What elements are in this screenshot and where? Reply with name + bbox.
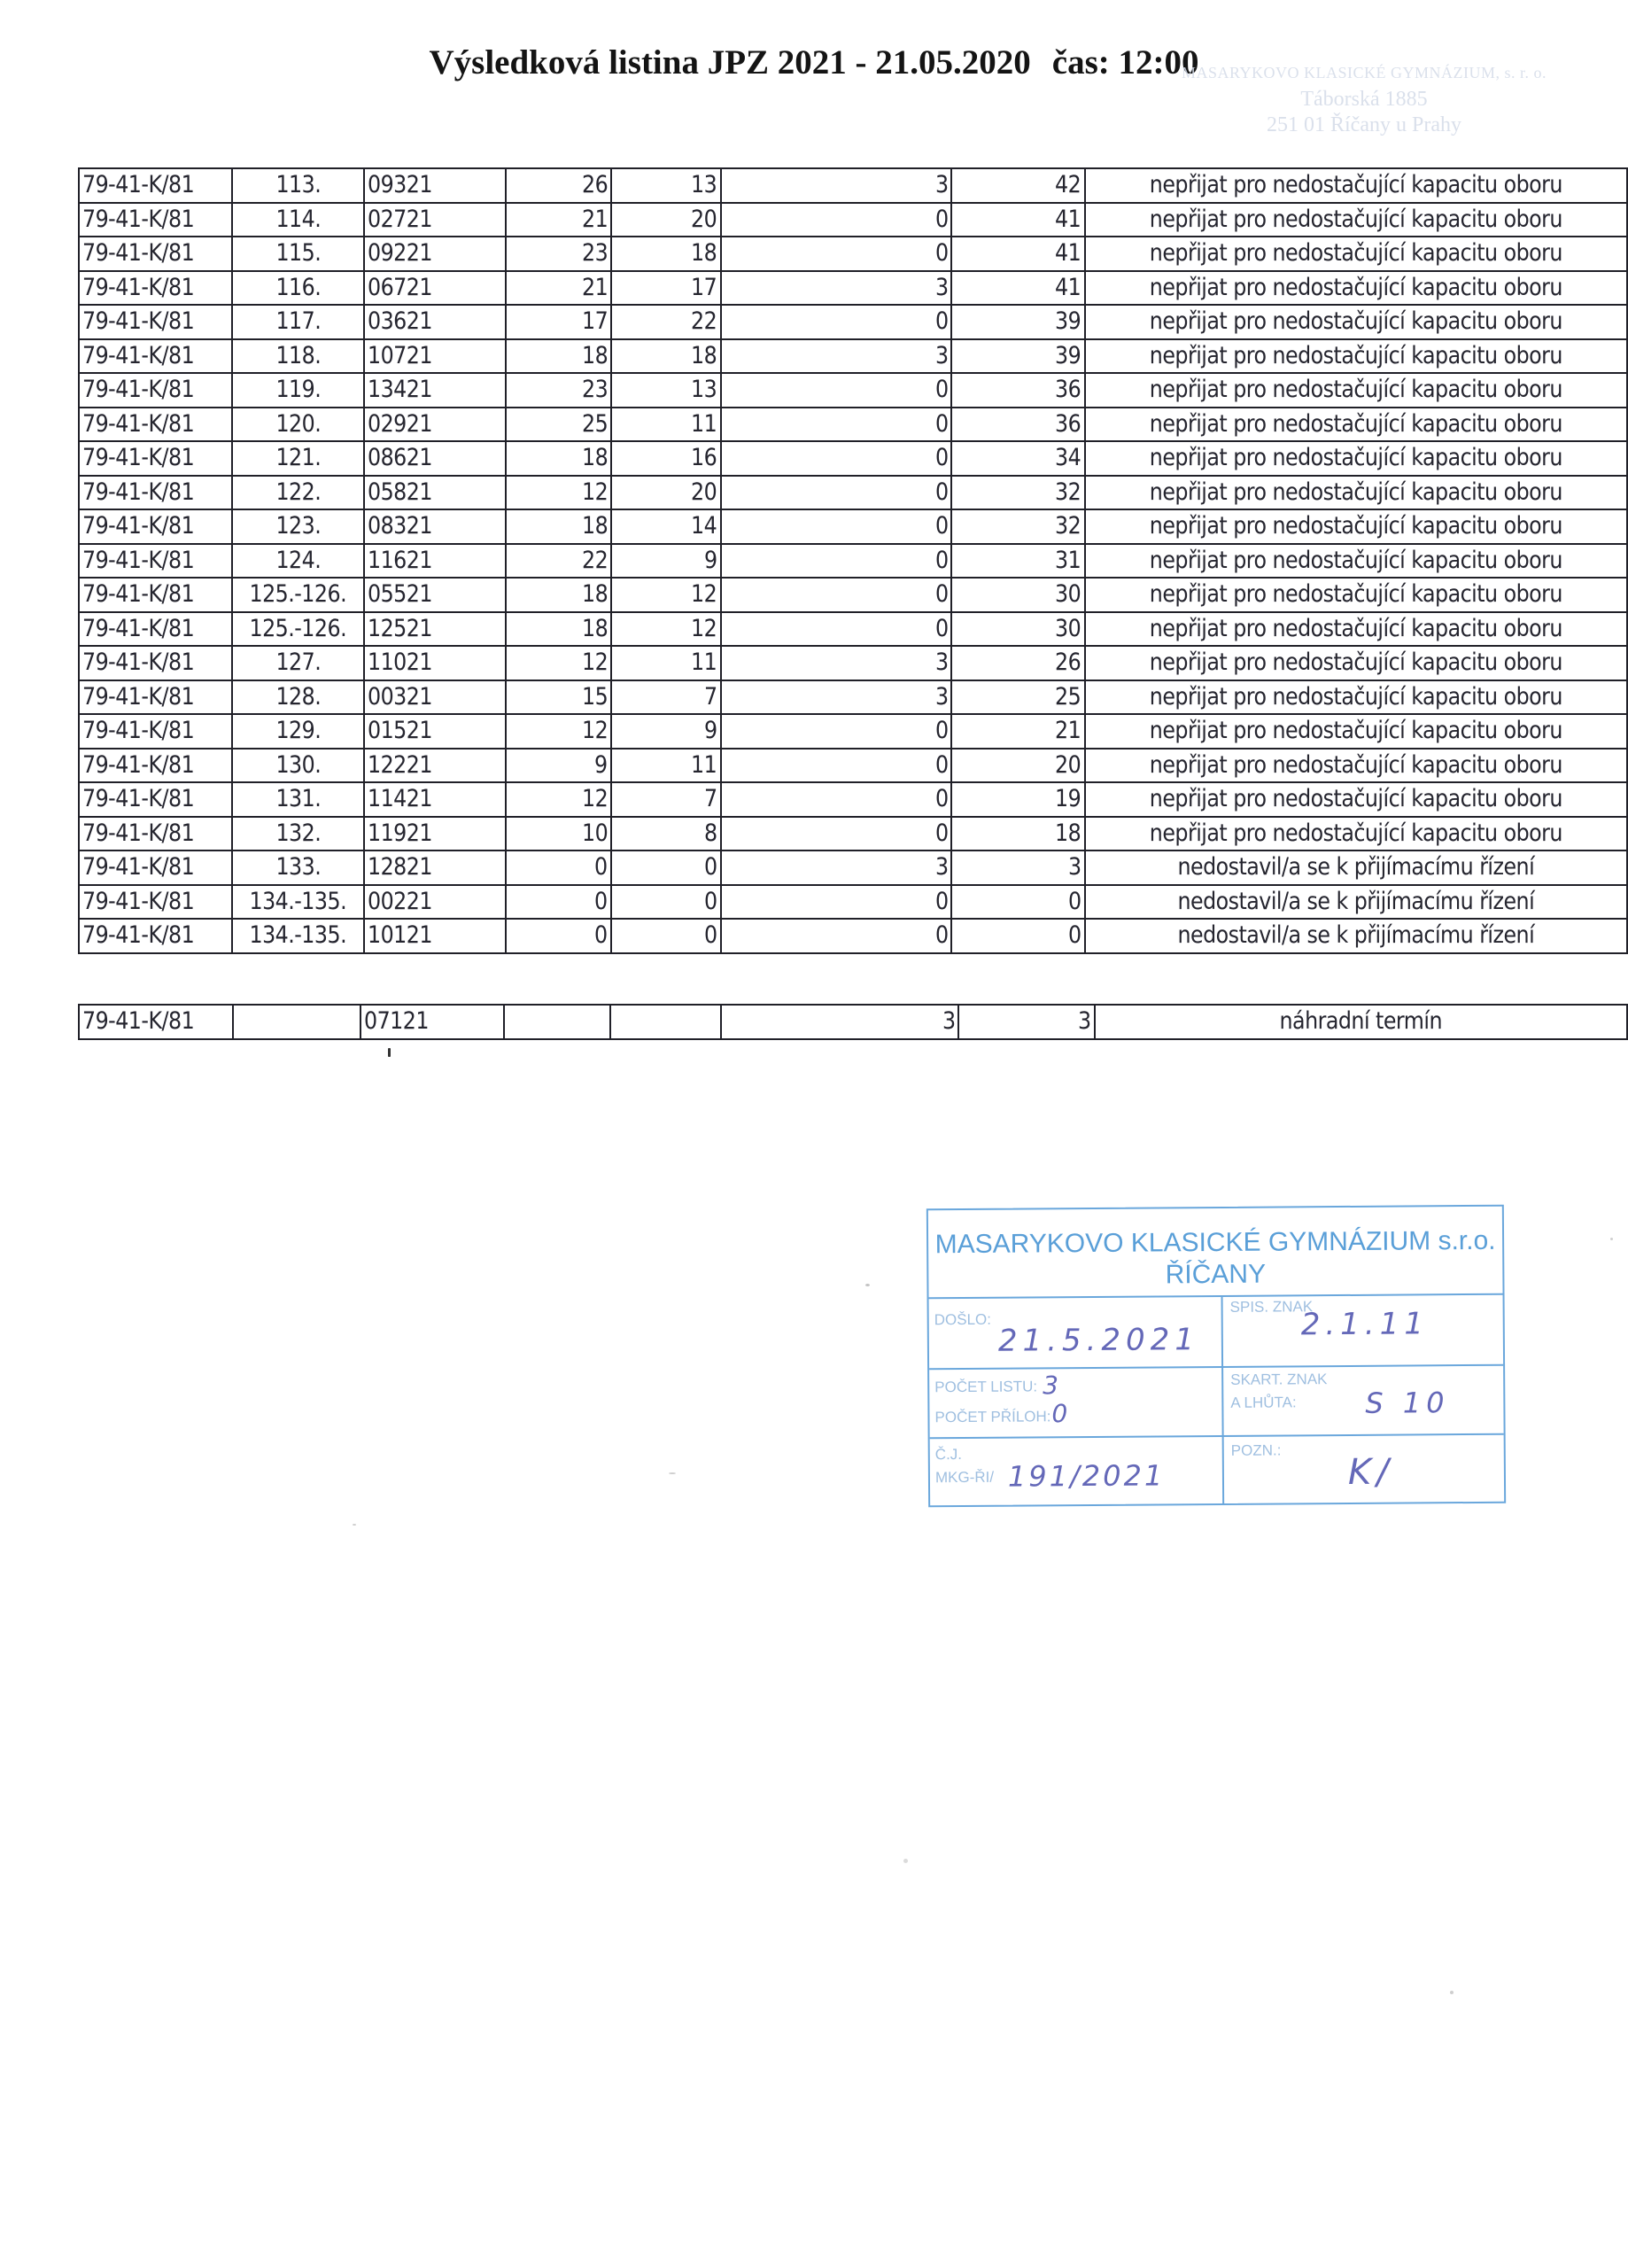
bonus-points-cell-text: 3: [935, 170, 949, 200]
bonus-points-cell-text: 0: [935, 716, 949, 746]
total-score-cell-text: 26: [1055, 648, 1081, 678]
bonus-points-cell-text: 0: [935, 307, 949, 337]
skart-value: S 10: [1365, 1386, 1449, 1420]
applicant-code-cell-text: 03621: [368, 307, 432, 337]
table-row: 79-41-K/81134.-135.002210000nedostavil/a…: [79, 885, 1627, 920]
result-cell: nepřijat pro nedostačující kapacitu obor…: [1085, 237, 1627, 271]
bonus-points-cell: 0: [721, 782, 952, 817]
bonus-points-cell: 0: [721, 885, 952, 920]
result-cell-text: nepřijat pro nedostačující kapacitu obor…: [1150, 478, 1562, 508]
rank-cell: 134.-135.: [232, 919, 364, 953]
total-score-cell-text: 36: [1055, 409, 1081, 439]
math-score-cell: 18: [506, 441, 611, 476]
registry-stamp: MASARYKOVO KLASICKÉ GYMNÁZIUM s.r.o. ŘÍČ…: [926, 1205, 1506, 1508]
bonus-points-cell-text: 0: [935, 614, 949, 644]
rank-cell: 125.-126.: [232, 578, 364, 612]
math-score-cell-text: 18: [582, 511, 608, 541]
total-score-cell: 0: [951, 919, 1085, 953]
applicant-code-cell: 09221: [364, 237, 506, 271]
czech-score-cell-text: 12: [691, 614, 717, 644]
applicant-code-cell: 05521: [364, 578, 506, 612]
czech-score-cell-text: 12: [691, 579, 717, 610]
total-score-cell: 32: [951, 476, 1085, 510]
rank-cell-text: 130.: [275, 750, 321, 781]
bonus-points-cell: 3: [721, 646, 952, 680]
rank-cell-text: 134.-135.: [250, 920, 347, 951]
table-row: 79-41-K/81114.027212120041nepřijat pro n…: [79, 203, 1627, 237]
applicant-code-cell-text: 05821: [368, 478, 432, 508]
obor-cell: 79-41-K/81: [79, 339, 232, 374]
table-row: 79-41-K/81125.-126.125211812030nepřijat …: [79, 612, 1627, 647]
applicant-code-cell-text: 08621: [368, 443, 432, 473]
address-stamp-street: Táborská 1885: [1125, 88, 1603, 112]
result-cell-text: nepřijat pro nedostačující kapacitu obor…: [1150, 273, 1562, 303]
address-stamp-city: 251 01 Říčany u Prahy: [1125, 113, 1603, 137]
total-score-cell-text: 39: [1055, 307, 1081, 337]
result-cell: náhradní termín: [1095, 1005, 1627, 1039]
applicant-code-cell-text: 10121: [368, 920, 432, 951]
total-score-cell-text: 18: [1055, 819, 1081, 849]
table-row: 79-41-K/81121.086211816034nepřijat pro n…: [79, 441, 1627, 476]
czech-score-cell: 0: [611, 850, 721, 885]
rank-cell-text: 123.: [275, 511, 321, 541]
czech-score-cell: 22: [611, 305, 721, 339]
rank-cell: 132.: [232, 817, 364, 851]
result-cell-text: nedostavil/a se k přijímacímu řízení: [1177, 852, 1534, 882]
total-score-cell-text: 32: [1055, 478, 1081, 508]
math-score-cell: 0: [506, 885, 611, 920]
obor-cell: 79-41-K/81: [79, 680, 232, 715]
scan-speck: [1450, 1991, 1454, 1994]
math-score-cell-text: 12: [582, 648, 608, 678]
applicant-code-cell: 12821: [364, 850, 506, 885]
rank-cell: 121.: [232, 441, 364, 476]
applicant-code-cell: 10721: [364, 339, 506, 374]
rank-cell: [233, 1005, 360, 1039]
total-score-cell-text: 21: [1055, 716, 1081, 746]
czech-score-cell: 0: [611, 885, 721, 920]
applicant-code-cell: 07121: [360, 1005, 504, 1039]
obor-cell-text: 79-41-K/81: [82, 307, 194, 337]
applicant-code-cell: 11021: [364, 646, 506, 680]
pocet-listu-value: 3: [1043, 1371, 1064, 1400]
spis-value: 2.1.11: [1301, 1306, 1429, 1342]
rank-cell: 134.-135.: [232, 885, 364, 920]
obor-cell-text: 79-41-K/81: [82, 443, 194, 473]
czech-score-cell-text: 9: [704, 716, 717, 746]
stamp-cell-cj: Č.J. MKG-ŘI/ 191/2021: [930, 1437, 1225, 1507]
result-cell: nepřijat pro nedostačující kapacitu obor…: [1085, 578, 1627, 612]
math-score-cell-text: 25: [582, 409, 608, 439]
bonus-points-cell-text: 0: [935, 546, 949, 576]
rank-cell-text: 115.: [275, 238, 321, 268]
applicant-code-cell-text: 12521: [368, 614, 432, 644]
total-score-cell: 20: [951, 749, 1085, 783]
rank-cell: 117.: [232, 305, 364, 339]
table-row: 79-41-K/81123.083211814032nepřijat pro n…: [79, 509, 1627, 544]
math-score-cell-text: 26: [582, 170, 608, 200]
applicant-code-cell-text: 00321: [368, 682, 432, 712]
applicant-code-cell-text: 13421: [368, 375, 432, 405]
obor-cell: 79-41-K/81: [79, 850, 232, 885]
rank-cell: 114.: [232, 203, 364, 237]
bonus-points-cell: 0: [721, 441, 952, 476]
czech-score-cell: 13: [611, 373, 721, 408]
result-cell-text: nepřijat pro nedostačující kapacitu obor…: [1150, 341, 1562, 371]
pozn-label: POZN.:: [1231, 1441, 1282, 1459]
rank-cell: 123.: [232, 509, 364, 544]
rank-cell: 122.: [232, 476, 364, 510]
bonus-points-cell-text: 0: [935, 238, 949, 268]
math-score-cell: 18: [506, 339, 611, 374]
total-score-cell: 30: [951, 578, 1085, 612]
math-score-cell-text: 18: [582, 579, 608, 610]
applicant-code-cell: 00221: [364, 885, 506, 920]
skart-label: SKART. ZNAK: [1230, 1371, 1327, 1389]
result-cell-text: nepřijat pro nedostačující kapacitu obor…: [1150, 750, 1562, 781]
rank-cell-text: 128.: [275, 682, 321, 712]
bonus-points-cell: 0: [721, 578, 952, 612]
math-score-cell: 18: [506, 578, 611, 612]
bonus-points-cell-text: 3: [935, 682, 949, 712]
obor-cell: 79-41-K/81: [79, 612, 232, 647]
total-score-cell: 26: [951, 646, 1085, 680]
stamp-cell-pozn: POZN.: K/: [1224, 1435, 1505, 1505]
math-score-cell: 26: [506, 168, 611, 203]
applicant-code-cell: 11421: [364, 782, 506, 817]
rank-cell-text: 118.: [275, 341, 321, 371]
title-main: Výsledková listina JPZ 2021 - 21.05.2020: [429, 43, 1030, 82]
result-cell-text: nepřijat pro nedostačující kapacitu obor…: [1150, 716, 1562, 746]
rank-cell: 125.-126.: [232, 612, 364, 647]
bonus-points-cell-text: 0: [935, 443, 949, 473]
bonus-points-cell: 0: [721, 612, 952, 647]
czech-score-cell-text: 7: [704, 682, 717, 712]
applicant-code-cell-text: 01521: [368, 716, 432, 746]
math-score-cell: 12: [506, 646, 611, 680]
czech-score-cell: 11: [611, 646, 721, 680]
obor-cell-text: 79-41-K/81: [82, 819, 194, 849]
total-score-cell-text: 3: [1078, 1006, 1091, 1037]
applicant-code-cell-text: 00221: [368, 887, 432, 917]
total-score-cell: 25: [951, 680, 1085, 715]
math-score-cell: 23: [506, 237, 611, 271]
stamp-cell-skart: SKART. ZNAK A LHŮTA: S 10: [1223, 1366, 1504, 1435]
obor-cell: 79-41-K/81: [79, 237, 232, 271]
applicant-code-cell-text: 11021: [368, 648, 432, 678]
czech-score-cell: 8: [611, 817, 721, 851]
czech-score-cell-text: 17: [691, 273, 717, 303]
obor-cell: 79-41-K/81: [79, 544, 232, 579]
result-cell-text: nepřijat pro nedostačující kapacitu obor…: [1150, 205, 1562, 235]
result-cell: nepřijat pro nedostačující kapacitu obor…: [1085, 203, 1627, 237]
math-score-cell-text: 0: [594, 920, 608, 951]
address-stamp: MASARYKOVO KLASICKÉ GYMNÁZIUM, s. r. o. …: [1125, 64, 1603, 137]
obor-cell: 79-41-K/81: [79, 408, 232, 442]
applicant-code-cell-text: 11621: [368, 546, 432, 576]
doslo-value: 21.5.2021: [998, 1322, 1199, 1359]
result-cell-text: nepřijat pro nedostačující kapacitu obor…: [1150, 648, 1562, 678]
bonus-points-cell-text: 0: [935, 819, 949, 849]
rank-cell-text: 134.-135.: [250, 887, 347, 917]
stamp-row-counts: POČET LISTU: 3 POČET PŘÍLOH: 0 SKART. ZN…: [929, 1366, 1504, 1440]
result-cell-text: nepřijat pro nedostačující kapacitu obor…: [1150, 238, 1562, 268]
table-row: 79-41-K/81118.107211818339nepřijat pro n…: [79, 339, 1627, 374]
total-score-cell: 39: [951, 339, 1085, 374]
result-cell: nepřijat pro nedostačující kapacitu obor…: [1085, 271, 1627, 306]
rank-cell-text: 133.: [275, 852, 321, 882]
bonus-points-cell: 0: [721, 305, 952, 339]
result-cell-text: nepřijat pro nedostačující kapacitu obor…: [1150, 784, 1562, 814]
table-row: 79-41-K/81120.029212511036nepřijat pro n…: [79, 408, 1627, 442]
table-row: 79-41-K/81115.092212318041nepřijat pro n…: [79, 237, 1627, 271]
total-score-cell: 41: [951, 271, 1085, 306]
result-cell-text: nepřijat pro nedostačující kapacitu obor…: [1150, 546, 1562, 576]
applicant-code-cell-text: 10721: [368, 341, 432, 371]
result-cell-text: nedostavil/a se k přijímacímu řízení: [1177, 920, 1534, 951]
total-score-cell: 41: [951, 237, 1085, 271]
obor-cell-text: 79-41-K/81: [82, 170, 194, 200]
czech-score-cell-text: 13: [691, 375, 717, 405]
result-cell-text: nepřijat pro nedostačující kapacitu obor…: [1150, 511, 1562, 541]
math-score-cell: 10: [506, 817, 611, 851]
result-cell: nepřijat pro nedostačující kapacitu obor…: [1085, 408, 1627, 442]
result-cell: nedostavil/a se k přijímacímu řízení: [1085, 850, 1627, 885]
total-score-cell-text: 32: [1055, 511, 1081, 541]
czech-score-cell: 12: [611, 612, 721, 647]
table-row: 79-41-K/81127.110211211326nepřijat pro n…: [79, 646, 1627, 680]
czech-score-cell: 18: [611, 237, 721, 271]
obor-cell: 79-41-K/81: [79, 168, 232, 203]
total-score-cell: 3: [958, 1005, 1094, 1039]
czech-score-cell-text: 11: [691, 750, 717, 781]
obor-cell-text: 79-41-K/81: [82, 205, 194, 235]
scan-speck: [865, 1284, 870, 1286]
rank-cell: 127.: [232, 646, 364, 680]
rank-cell: 124.: [232, 544, 364, 579]
result-cell: nepřijat pro nedostačující kapacitu obor…: [1085, 680, 1627, 715]
obor-cell: 79-41-K/81: [79, 714, 232, 749]
czech-score-cell: 12: [611, 578, 721, 612]
rank-cell-text: 125.-126.: [250, 614, 347, 644]
applicant-code-cell: 02921: [364, 408, 506, 442]
rank-cell-text: 120.: [275, 409, 321, 439]
bonus-points-cell: 0: [721, 544, 952, 579]
rank-cell: 129.: [232, 714, 364, 749]
bonus-points-cell-text: 0: [935, 375, 949, 405]
rank-cell-text: 122.: [275, 478, 321, 508]
czech-score-cell-text: 0: [704, 852, 717, 882]
bonus-points-cell-text: 0: [935, 750, 949, 781]
total-score-cell-text: 3: [1068, 852, 1081, 882]
rank-cell: 130.: [232, 749, 364, 783]
math-score-cell-text: 21: [582, 273, 608, 303]
bonus-points-cell-text: 0: [935, 511, 949, 541]
result-cell: nepřijat pro nedostačující kapacitu obor…: [1085, 714, 1627, 749]
rank-cell: 115.: [232, 237, 364, 271]
obor-cell: 79-41-K/81: [79, 441, 232, 476]
total-score-cell-text: 30: [1055, 614, 1081, 644]
bonus-points-cell: 0: [721, 714, 952, 749]
result-cell: nepřijat pro nedostačující kapacitu obor…: [1085, 817, 1627, 851]
total-score-cell: 36: [951, 408, 1085, 442]
applicant-code-cell-text: 12221: [368, 750, 432, 781]
bonus-points-cell: 0: [721, 509, 952, 544]
obor-cell: 79-41-K/81: [79, 885, 232, 920]
obor-cell: 79-41-K/81: [79, 749, 232, 783]
result-cell: nepřijat pro nedostačující kapacitu obor…: [1085, 544, 1627, 579]
stamp-school-name: MASARYKOVO KLASICKÉ GYMNÁZIUM s.r.o.: [928, 1207, 1502, 1261]
bonus-points-cell-text: 0: [935, 887, 949, 917]
obor-cell-text: 79-41-K/81: [82, 648, 194, 678]
applicant-code-cell: 00321: [364, 680, 506, 715]
math-score-cell: 21: [506, 203, 611, 237]
stray-mark: [388, 1048, 391, 1057]
bonus-points-cell: 0: [721, 203, 952, 237]
czech-score-cell-text: 7: [704, 784, 717, 814]
applicant-code-cell-text: 07121: [364, 1006, 429, 1037]
obor-cell-text: 79-41-K/81: [82, 1006, 194, 1037]
rank-cell-text: 113.: [275, 170, 321, 200]
stamp-cell-counts: POČET LISTU: 3 POČET PŘÍLOH: 0: [929, 1368, 1224, 1437]
applicant-code-cell-text: 09221: [368, 238, 432, 268]
table-row: 79-41-K/81132.11921108018nepřijat pro ne…: [79, 817, 1627, 851]
math-score-cell-text: 22: [582, 546, 608, 576]
czech-score-cell-text: 0: [704, 887, 717, 917]
pocet-priloh-label: POČET PŘÍLOH:: [934, 1408, 1050, 1426]
czech-score-cell: 9: [611, 544, 721, 579]
math-score-cell-text: 23: [582, 375, 608, 405]
czech-score-cell-text: 18: [691, 341, 717, 371]
rank-cell-text: 127.: [275, 648, 321, 678]
stamp-cell-spis: SPIS. ZNAK 2.1.11: [1223, 1295, 1504, 1366]
obor-cell-text: 79-41-K/81: [82, 375, 194, 405]
table-row: 79-41-K/81128.00321157325nepřijat pro ne…: [79, 680, 1627, 715]
applicant-code-cell: 06721: [364, 271, 506, 306]
bonus-points-cell-text: 0: [935, 579, 949, 610]
bonus-points-cell: 0: [721, 919, 952, 953]
applicant-code-cell: 09321: [364, 168, 506, 203]
scan-speck: [903, 1859, 908, 1863]
rank-cell-text: 129.: [275, 716, 321, 746]
obor-cell: 79-41-K/81: [79, 817, 232, 851]
cj-prefix-label: MKG-ŘI/: [935, 1469, 994, 1487]
table-row: 79-41-K/81125.-126.055211812030nepřijat …: [79, 578, 1627, 612]
result-cell-text: nepřijat pro nedostačující kapacitu obor…: [1150, 409, 1562, 439]
czech-score-cell: 11: [611, 749, 721, 783]
total-score-cell: 34: [951, 441, 1085, 476]
math-score-cell: 15: [506, 680, 611, 715]
czech-score-cell-text: 11: [691, 409, 717, 439]
obor-cell: 79-41-K/81: [79, 203, 232, 237]
total-score-cell: 30: [951, 612, 1085, 647]
rank-cell-text: 121.: [275, 443, 321, 473]
result-cell-text: nepřijat pro nedostačující kapacitu obor…: [1150, 170, 1562, 200]
czech-score-cell-text: 0: [704, 920, 717, 951]
math-score-cell: 12: [506, 476, 611, 510]
math-score-cell-text: 18: [582, 341, 608, 371]
obor-cell: 79-41-K/81: [79, 271, 232, 306]
lhuta-label: A LHŮTA:: [1230, 1394, 1296, 1412]
result-cell: nepřijat pro nedostačující kapacitu obor…: [1085, 749, 1627, 783]
total-score-cell-text: 19: [1055, 784, 1081, 814]
bonus-points-cell-text: 0: [935, 784, 949, 814]
results-table: 79-41-K/81113.093212613342nepřijat pro n…: [78, 167, 1628, 954]
total-score-cell-text: 30: [1055, 579, 1081, 610]
applicant-code-cell: 05821: [364, 476, 506, 510]
applicant-code-cell-text: 02721: [368, 205, 432, 235]
table-row: 79-41-K/81134.-135.101210000nedostavil/a…: [79, 919, 1627, 953]
result-cell-text: nepřijat pro nedostačující kapacitu obor…: [1150, 307, 1562, 337]
obor-cell-text: 79-41-K/81: [82, 409, 194, 439]
obor-cell-text: 79-41-K/81: [82, 478, 194, 508]
math-score-cell: 12: [506, 782, 611, 817]
table-row: 79-41-K/81113.093212613342nepřijat pro n…: [79, 168, 1627, 203]
rank-cell: 113.: [232, 168, 364, 203]
applicant-code-cell: 02721: [364, 203, 506, 237]
obor-cell-text: 79-41-K/81: [82, 920, 194, 951]
pocet-listu-label: POČET LISTU:: [934, 1378, 1037, 1396]
result-cell: nepřijat pro nedostačující kapacitu obor…: [1085, 168, 1627, 203]
total-score-cell-text: 31: [1055, 546, 1081, 576]
table-row: 79-41-K/810712133náhradní termín: [79, 1005, 1627, 1039]
bonus-points-cell: 0: [721, 749, 952, 783]
math-score-cell: 17: [506, 305, 611, 339]
czech-score-cell: [610, 1005, 721, 1039]
result-cell: nepřijat pro nedostačující kapacitu obor…: [1085, 441, 1627, 476]
applicant-code-cell-text: 05521: [368, 579, 432, 610]
applicant-code-cell-text: 09321: [368, 170, 432, 200]
math-score-cell: 22: [506, 544, 611, 579]
math-score-cell: 0: [506, 850, 611, 885]
applicant-code-cell: 11921: [364, 817, 506, 851]
czech-score-cell-text: 13: [691, 170, 717, 200]
obor-cell-text: 79-41-K/81: [82, 852, 194, 882]
applicant-code-cell-text: 08321: [368, 511, 432, 541]
math-score-cell: 18: [506, 509, 611, 544]
result-cell-text: nepřijat pro nedostačující kapacitu obor…: [1150, 819, 1562, 849]
czech-score-cell-text: 20: [691, 478, 717, 508]
czech-score-cell: 20: [611, 476, 721, 510]
czech-score-cell-text: 22: [691, 307, 717, 337]
bonus-points-cell: 0: [721, 237, 952, 271]
bonus-points-cell-text: 0: [935, 205, 949, 235]
bonus-points-cell-text: 0: [935, 920, 949, 951]
obor-cell: 79-41-K/81: [79, 919, 232, 953]
pozn-value: K/: [1348, 1452, 1394, 1493]
obor-cell-text: 79-41-K/81: [82, 511, 194, 541]
table-row: 79-41-K/81119.134212313036nepřijat pro n…: [79, 373, 1627, 408]
math-score-cell-text: 9: [594, 750, 608, 781]
bonus-points-cell-text: 0: [935, 409, 949, 439]
czech-score-cell-text: 20: [691, 205, 717, 235]
math-score-cell-text: 12: [582, 478, 608, 508]
stamp-row-received: DOŠLO: 21.5.2021 SPIS. ZNAK 2.1.11: [929, 1295, 1504, 1371]
czech-score-cell: 7: [611, 782, 721, 817]
stamp-cell-doslo: DOŠLO: 21.5.2021: [929, 1297, 1224, 1368]
total-score-cell-text: 20: [1055, 750, 1081, 781]
obor-cell-text: 79-41-K/81: [82, 341, 194, 371]
applicant-code-cell: 01521: [364, 714, 506, 749]
total-score-cell: 36: [951, 373, 1085, 408]
obor-cell: 79-41-K/81: [79, 646, 232, 680]
bonus-points-cell: 3: [721, 850, 952, 885]
applicant-code-cell: 12521: [364, 612, 506, 647]
czech-score-cell: 16: [611, 441, 721, 476]
czech-score-cell: 13: [611, 168, 721, 203]
rank-cell: 131.: [232, 782, 364, 817]
substitute-term-table: 79-41-K/810712133náhradní termín: [78, 1004, 1628, 1040]
